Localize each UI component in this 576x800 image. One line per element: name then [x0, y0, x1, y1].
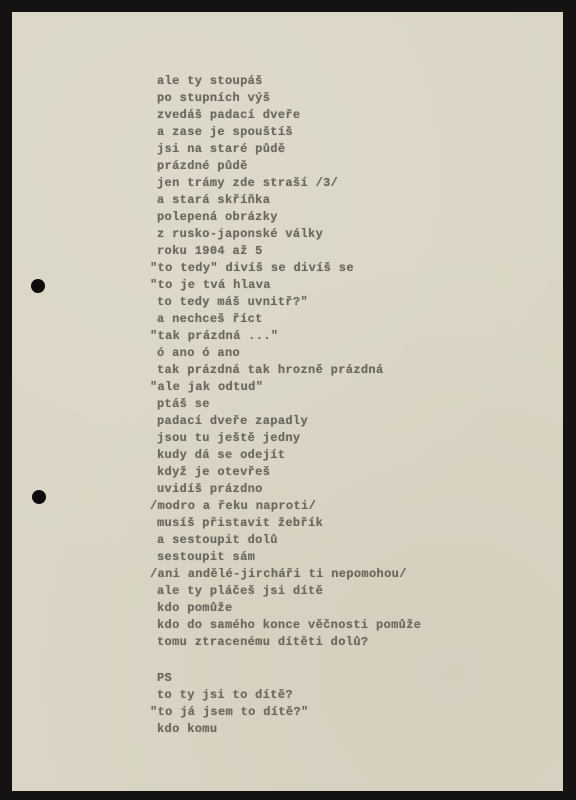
- poem-line: kdo pomůže: [157, 601, 233, 615]
- poem-line: padací dveře zapadly: [157, 414, 308, 428]
- poem-line: z rusko-japonské války: [157, 227, 323, 241]
- poem-text: ale ty stoupáš po stupních výš zvedáš pa…: [12, 12, 563, 791]
- poem-line: ale ty stoupáš: [157, 74, 263, 88]
- poem-line: ó ano ó ano: [157, 346, 240, 360]
- poem-line: musíš přistavit žebřík: [157, 516, 323, 530]
- poem-line: kdo komu: [157, 722, 217, 736]
- poem-line: a sestoupit dolů: [157, 533, 278, 547]
- poem-line: roku 1904 až 5: [157, 244, 263, 258]
- poem-line: "to já jsem to dítě?": [150, 705, 309, 719]
- poem-line: uvidíš prázdno: [157, 482, 263, 496]
- poem-line: jsou tu ještě jedny: [157, 431, 300, 445]
- poem-line: tomu ztracenému dítěti dolů?: [157, 635, 368, 649]
- poem-line: to tedy máš uvnitř?": [157, 295, 308, 309]
- poem-line: a zase je spouštíš: [157, 125, 293, 139]
- postscript-label: PS: [157, 671, 172, 685]
- poem-line: tak prázdná tak hrozně prázdná: [157, 363, 384, 377]
- poem-line: kdo do samého konce věčnosti pomůže: [157, 618, 421, 632]
- poem-line: prázdné půdě: [157, 159, 248, 173]
- poem-line: a nechceš říct: [157, 312, 263, 326]
- paper-sheet: ale ty stoupáš po stupních výš zvedáš pa…: [12, 12, 563, 791]
- poem-line: "to tedy" divíš se divíš se: [150, 261, 354, 275]
- poem-line: sestoupit sám: [157, 550, 255, 564]
- poem-line: kudy dá se odejít: [157, 448, 285, 462]
- scanned-page: ale ty stoupáš po stupních výš zvedáš pa…: [0, 0, 576, 800]
- poem-line: jen trámy zde straší /3/: [157, 176, 338, 190]
- poem-line: "ale jak odtud": [150, 380, 263, 394]
- poem-line: to ty jsi to dítě?: [157, 688, 293, 702]
- poem-line: ale ty pláčeš jsi dítě: [157, 584, 323, 598]
- poem-line: ptáš se: [157, 397, 210, 411]
- poem-line: "tak prázdná ...": [150, 329, 278, 343]
- poem-line: a stará skříňka: [157, 193, 270, 207]
- poem-line: po stupních výš: [157, 91, 270, 105]
- poem-line: "to je tvá hlava: [150, 278, 271, 292]
- poem-line: /modro a řeku naproti/: [150, 499, 316, 513]
- poem-line: zvedáš padací dveře: [157, 108, 300, 122]
- poem-line: polepená obrázky: [157, 210, 278, 224]
- poem-line: /ani andělé-jircháři ti nepomohou/: [150, 567, 407, 581]
- poem-line: jsi na staré půdě: [157, 142, 285, 156]
- poem-line: když je otevřeš: [157, 465, 270, 479]
